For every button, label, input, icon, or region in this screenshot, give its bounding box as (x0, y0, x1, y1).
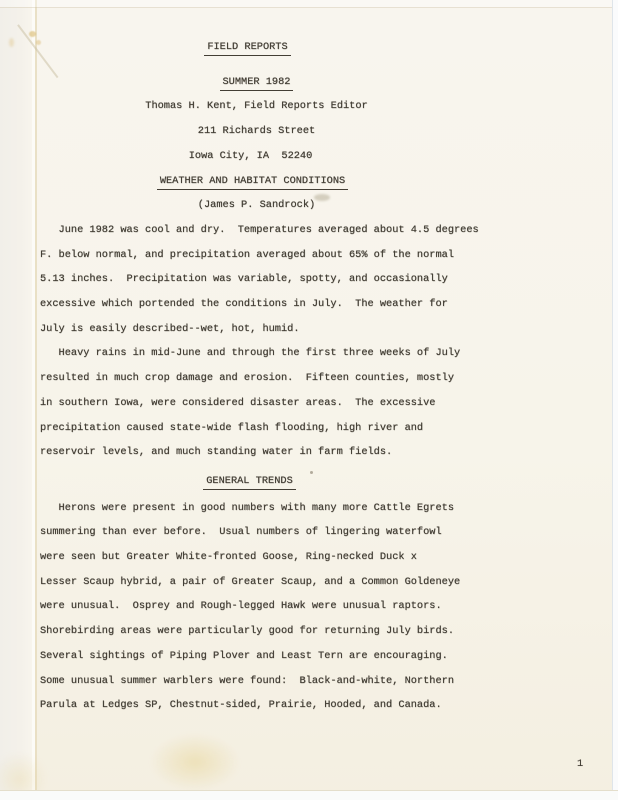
text-line: were unusual. Osprey and Rough-legged Ha… (40, 594, 473, 619)
top-edge-band (0, 0, 618, 7)
bottom-page-edge (0, 790, 618, 800)
text-line: Heavy rains in mid-June and through the … (40, 341, 473, 366)
text-line: July is easily described--wet, hot, humi… (40, 317, 473, 342)
address-line-2: Iowa City, IA 52240 (40, 144, 473, 169)
scanned-document-page: FIELD REPORTS SUMMER 1982 Thomas H. Kent… (0, 0, 618, 800)
document-subtitle: SUMMER 1982 (220, 76, 294, 91)
text-line: 5.13 inches. Precipitation was variable,… (40, 267, 473, 292)
right-page-edge (612, 0, 618, 800)
text-line: Lesser Scaup hybrid, a pair of Greater S… (40, 570, 473, 595)
text-line: excessive which portended the conditions… (40, 292, 473, 317)
text-line: were seen but Greater White-fronted Goos… (40, 545, 473, 570)
address-line-2-text: Iowa City, IA 52240 (189, 150, 313, 162)
text-line: F. below normal, and precipitation avera… (40, 243, 473, 268)
text-line: Parula at Ledges SP, Chestnut-sided, Pra… (40, 693, 473, 718)
address-line-1: 211 Richards Street (40, 119, 473, 144)
left-margin-strip (0, 0, 35, 800)
text-line: Some unusual summer warblers were found:… (40, 669, 473, 694)
page-number: 1 (577, 752, 583, 777)
top-crease-line (0, 7, 618, 8)
trends-paragraphs: Herons were present in good numbers with… (40, 496, 473, 718)
text-line: precipitation caused state-wide flash fl… (40, 416, 473, 441)
text-line: resulted in much crop damage and erosion… (40, 366, 473, 391)
text-line: June 1982 was cool and dry. Temperatures… (40, 218, 473, 243)
text-line: summering than ever before. Usual number… (40, 520, 473, 545)
fold-crease-line (35, 0, 37, 800)
weather-paragraphs: June 1982 was cool and dry. Temperatures… (40, 218, 473, 465)
document-title: FIELD REPORTS (204, 41, 290, 56)
section-heading-trends: GENERAL TRENDS (203, 475, 296, 490)
editor-line: Thomas H. Kent, Field Reports Editor (40, 94, 473, 119)
section-heading-trends-line: GENERAL TRENDS (40, 469, 473, 494)
text-line: Shorebirding areas were particularly goo… (40, 619, 473, 644)
document-title-line: FIELD REPORTS (40, 35, 473, 60)
section-byline: (James P. Sandrock) (40, 193, 473, 218)
document-subtitle-line: SUMMER 1982 (40, 70, 473, 95)
page-content: FIELD REPORTS SUMMER 1982 Thomas H. Kent… (40, 35, 473, 718)
section-heading-weather-line: WEATHER AND HABITAT CONDITIONS (40, 169, 473, 194)
section-heading-weather: WEATHER AND HABITAT CONDITIONS (157, 175, 348, 190)
text-line: reservoir levels, and much standing wate… (40, 440, 473, 465)
text-line: Several sightings of Piping Plover and L… (40, 644, 473, 669)
text-line: in southern Iowa, were considered disast… (40, 391, 473, 416)
stain-bottom (150, 733, 240, 791)
text-line: Herons were present in good numbers with… (40, 496, 473, 521)
